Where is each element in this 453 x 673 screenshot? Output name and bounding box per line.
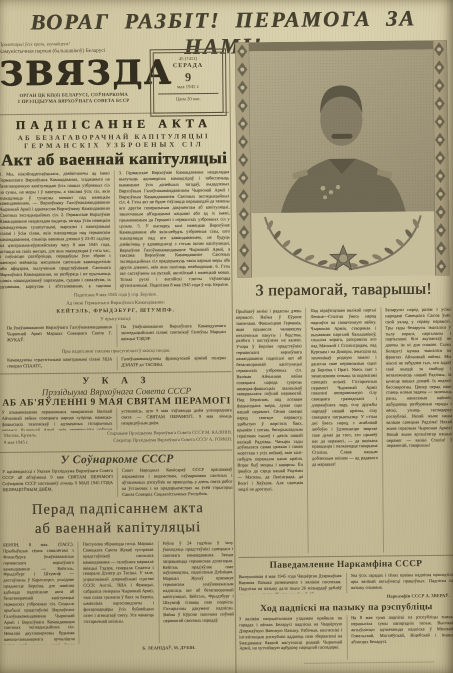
section-divider-3 <box>238 555 453 558</box>
act-kicker: ПАДПІСАННЕ АКТА АБ БЕЗАГАВОРАЧНАЙ КАПІТУ… <box>0 116 229 151</box>
act-also-left: Камандуючы стратэгічнымі паветранымі сіл… <box>7 356 116 371</box>
narkomfin-col2: Ува ўсіх гарадах і сёлах краіны падпіска… <box>346 572 453 593</box>
masthead: Пралетарыі ўсіх краін, злучайцеся! Камун… <box>0 41 148 106</box>
newspaper-page: ВОРАГ РАЗБІТ! ПЕРАМОГА ЗА НАМІ! Пралетар… <box>0 0 453 673</box>
loan-title: Ход падпіскі на пазыку па рэспубліцы <box>239 602 453 614</box>
victory-title: З перамогай, таварышы! <box>235 280 451 300</box>
narkomfin-signature: Наркамфін СССР А. ЗВЕРАЎ. <box>303 593 450 600</box>
ukaz-columns: У азнаменаванне пераможнага завяршэння В… <box>2 407 232 431</box>
ukaz-col2: устанавіць, што 9 мая з'яўляецца днём ус… <box>116 407 232 429</box>
ukaz-date: 8 мая 1945 г. <box>4 439 74 447</box>
loan-col2: На 8 мая сума падпіскі па рэспубліцы зна… <box>346 614 453 659</box>
victory-col3: Беларускі народ разам з усімі народамі С… <box>380 307 453 553</box>
ukaz-place-date: Масква, Крэмль. 8 мая 1945 г. <box>4 432 74 447</box>
frame-ornament-left <box>235 42 252 277</box>
before-act-col2: Паступова збіраюцца госці. Маршал Совецк… <box>78 541 159 644</box>
issue-info-box: 45 (7411) СЕРАДА 9 мая 1945 г. Цана 20 к… <box>150 49 227 117</box>
narkomfin-col1: Выпушчаная 4 мая 1945 года Чацвёртая Дзя… <box>239 573 346 594</box>
act-witness-columns: Па ўпаўнаважанню Вярхоўнага Галоўнакаман… <box>7 323 226 348</box>
before-act-col3: Роўна ў 24 гадзіны ў залу ўваходзяць пра… <box>157 540 234 643</box>
issue-price: Цана 20 кап. <box>158 93 218 102</box>
narkomfin-columns: Выпушчаная 4 мая 1945 года Чацвёртая Дзя… <box>239 572 453 594</box>
sovnarkom-col1: У адпаведнасці з Указам Прэзідыума Вярхо… <box>2 468 117 498</box>
masthead-organ-line2: І ПРЭЗІДЫУМА ВЯРХОЎНАГА СОВЕТА БССР <box>0 99 148 107</box>
act-signed-line: Падпісана 8 мая 1945 года ў гор. Берліне… <box>0 292 230 299</box>
frame-ornament-top <box>249 40 433 51</box>
newspaper-sheet: ВОРАГ РАЗБІТ! ПЕРАМОГА ЗА НАМІ! Пралетар… <box>0 0 453 673</box>
act-body-columns: 1. Мы, ніжэйпадпісаўшыяся, дзейнічаючы а… <box>0 169 231 291</box>
issue-day: 9 <box>185 71 191 83</box>
section-divider-1 <box>0 371 231 374</box>
victory-col2: Пад кіраўніцтвам вялікай партыі Леніна—С… <box>305 307 382 553</box>
issue-info-inner: 45 (7411) СЕРАДА 9 мая 1945 г. Цана 20 к… <box>153 52 224 114</box>
act-title: Акт аб ваеннай капітуляцыі <box>0 148 229 171</box>
before-act-columns: БЕРЛІН, 8 мая. (ТАСС). Прыбыўшыя сёння с… <box>3 540 234 645</box>
masthead-organ: ОРГАН ЦК КП(б) БЕЛАРУСІ, СОЎНАРКОМА І ПР… <box>0 92 148 106</box>
act-witness-right: Па ўпаўнаважанню Вярхоўнага Камандуючага… <box>116 323 226 347</box>
act-body-col1: 1. Мы, ніжэйпадпісаўшыяся, дзейнічаючы а… <box>0 170 115 291</box>
loan-columns: З вялікім патрыятычным уздымам прайшла п… <box>239 614 453 660</box>
issue-weekday: СЕРАДА <box>173 63 203 69</box>
victory-col1: Прыйшоў вялікі і радасны дзень перамогі.… <box>236 308 308 554</box>
act-also-columns: Камандуючы стратэгічнымі паветранымі сіл… <box>7 355 226 371</box>
before-act-title-line1: Перад падпісаннем акта <box>3 499 233 520</box>
sovnarkom-col2: Совет Народных Камісараў СССР прапанаваў… <box>117 467 233 497</box>
issue-number: 45 (7411) <box>179 56 197 61</box>
loan-col1: З вялікім патрыятычным уздымам прайшла п… <box>239 615 346 660</box>
act-witness-left: Па ўпаўнаважанню Вярхоўнага Галоўнакаман… <box>7 324 116 348</box>
sovnarkom-title: У Соўнаркоме СССР <box>2 453 232 467</box>
before-act-byline: Б. ЛЕАНІДАЎ, М. ДУБІН. <box>113 645 226 651</box>
before-act-col1: БЕРЛІН, 8 мая. (ТАСС). Прыбыўшыя сёння с… <box>3 542 79 645</box>
ukaz-signature-2: Сакратар Прэзідыума Вярхоўнага Совета СС… <box>92 436 232 444</box>
stalin-portrait <box>249 49 435 213</box>
act-body-col2: 3. Германскае Вярхоўнае Камандаванне неа… <box>114 169 231 290</box>
before-act-title: Перад падпісаннем акта аб ваеннай капіту… <box>3 499 234 539</box>
victory-columns: Прыйшоў вялікі і радасны дзень перамогі.… <box>236 307 453 554</box>
act-german-from: Ад імені Германскага Вярхоўнага Камандав… <box>1 300 231 307</box>
act-also-line: Пры падпісанні таксама прысутнічалі ў як… <box>1 348 231 355</box>
frame-ornament-right <box>433 40 450 275</box>
sovnarkom-columns: У адпаведнасці з Указам Прэзідыума Вярхо… <box>2 467 232 499</box>
before-act-title-line2: аб ваеннай капітуляцыі <box>3 518 233 539</box>
act-german-names: КЕЙТЭЛЬ, ФРЫДЭБУРГ, ШТУМПФ. <box>1 307 231 315</box>
act-also-right: Галоўнакамандуючы французскай арміяй ген… <box>116 355 226 370</box>
narkomfin-title: Паведамленне Наркамфіна СССР <box>238 559 453 571</box>
act-kicker-line1: ПАДПІСАННЕ АКТА <box>0 116 229 133</box>
issue-month-year: мая 1945 г. <box>177 85 199 90</box>
page-bottom-rule <box>304 661 435 663</box>
stalin-portrait-frame <box>235 40 450 277</box>
ukaz-signatures: Старшыня Прэзідыума Вярхоўнага Совета СС… <box>92 429 232 444</box>
newspaper-logo: ЗВЯЗДА <box>0 55 148 90</box>
ukaz-col1: У азнаменаванне пераможнага завяршэння В… <box>2 409 117 431</box>
act-presence-line: У прысутнасці: <box>1 316 231 323</box>
